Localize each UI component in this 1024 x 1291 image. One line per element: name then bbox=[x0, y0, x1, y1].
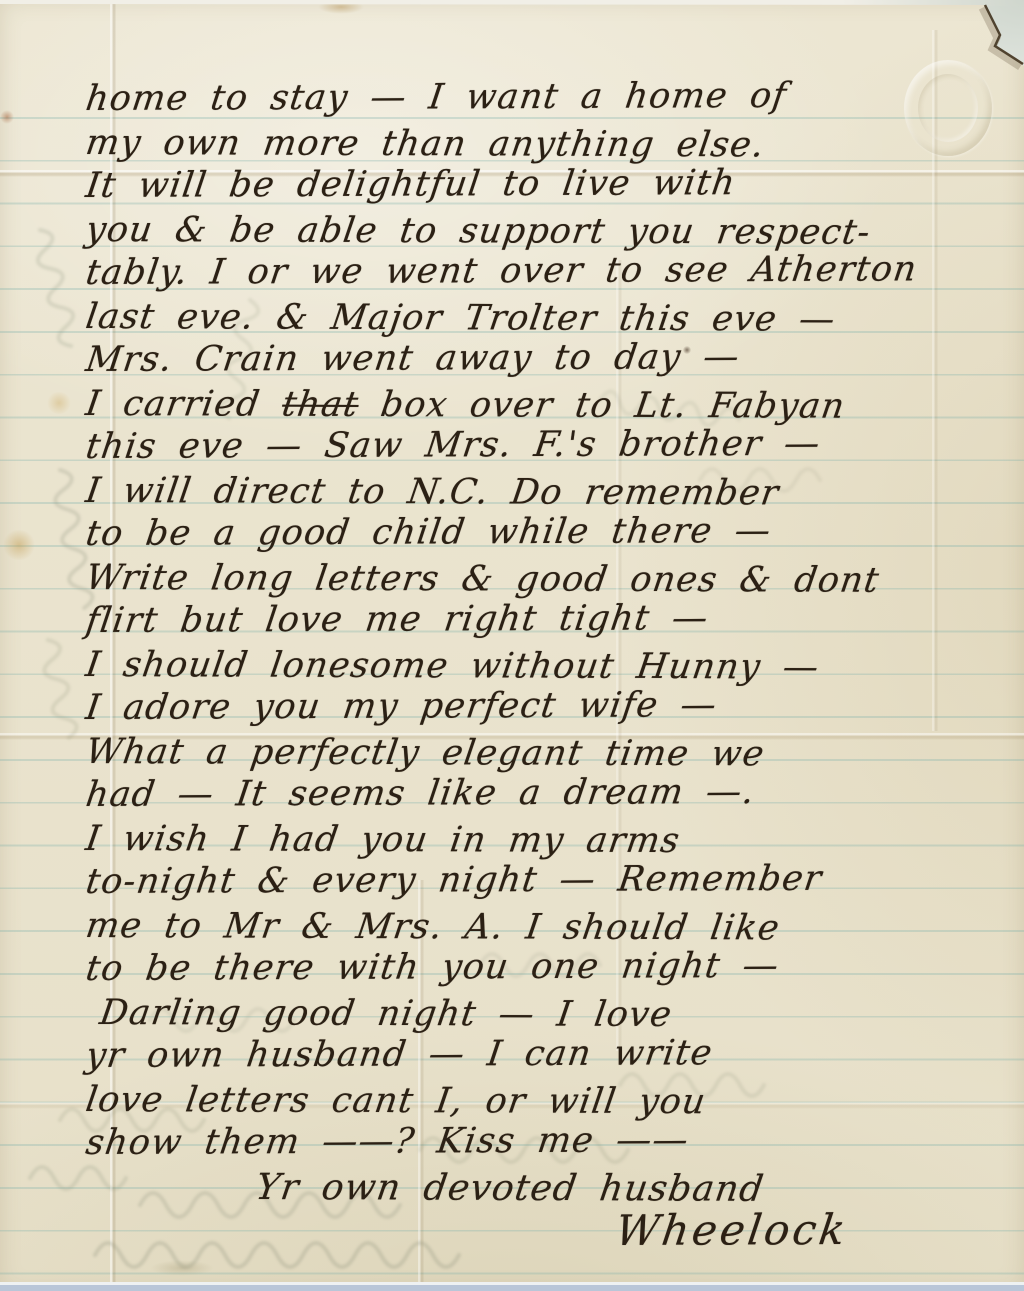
letter-line-text: home to stay — I want a home of bbox=[83, 76, 789, 119]
letter-line-text: to be there with you one night — bbox=[83, 946, 781, 989]
letter-line-text: I should lonesome without Hunny — bbox=[83, 645, 822, 688]
letter-line-text: love letters cant I, or will you bbox=[83, 1080, 709, 1122]
letter-line-text: yr own husband — I can write bbox=[83, 1033, 715, 1076]
letter-text: home to stay — I want a home of my own m… bbox=[0, 78, 1024, 1253]
letter-line-text: me to Mr & Mrs. A. I should like bbox=[83, 906, 782, 948]
letter-line-text: Write long letters & good ones & dont bbox=[83, 558, 882, 601]
letter-line-text: Darling good night — I love bbox=[97, 993, 675, 1035]
struck-word: that bbox=[279, 384, 361, 424]
letter-paper: home to stay — I want a home of my own m… bbox=[0, 0, 1024, 1291]
letter-line-text: I adore you my perfect wife — bbox=[83, 685, 719, 728]
letter-line-text: this eve — Saw Mrs. F.'s brother — bbox=[83, 424, 823, 467]
letter-line-text: my own more than anything else. bbox=[83, 123, 767, 165]
letter-line: to be there with you one night — bbox=[83, 944, 987, 991]
letter-line-text: It will be delightful to live with bbox=[83, 163, 738, 206]
letter-line-text: had — It seems like a dream —. bbox=[83, 772, 757, 815]
letter-line-text: flirt but love me right tight — bbox=[83, 598, 711, 641]
letter-line: I adore you my perfect wife — bbox=[83, 683, 987, 730]
letter-line-text: tably. I or we went over to see Atherton bbox=[83, 249, 920, 293]
letter-line: this eve — Saw Mrs. F.'s brother — bbox=[83, 422, 987, 469]
letter-line: to-night & every night — Remember bbox=[83, 857, 987, 904]
letter-line: Mrs. Crain went away to day — bbox=[83, 335, 987, 382]
letter-line-text: show them ——? Kiss me —— bbox=[83, 1120, 691, 1163]
letter-line-text: What a perfectly elegant time we bbox=[83, 732, 767, 774]
signature: Wheelock bbox=[613, 1207, 987, 1252]
letter-line: home to stay — I want a home of bbox=[83, 74, 987, 121]
letter-line-text: I wish I had you in my arms bbox=[83, 819, 683, 861]
letter-line: had — It seems like a dream —. bbox=[83, 770, 987, 817]
signature-text: Wheelock bbox=[613, 1205, 851, 1255]
letter-line-text: last eve. & Major Trolter this eve — bbox=[83, 297, 838, 340]
letter-line: tably. I or we went over to see Atherton bbox=[83, 248, 987, 295]
valediction-text: Yr own devoted husband bbox=[253, 1167, 767, 1210]
letter-line-text: Mrs. Crain went away to day — bbox=[83, 337, 742, 380]
letter-line-text: you & be able to support you respect- bbox=[83, 210, 873, 253]
letter-line-text: I will direct to N.C. Do remember bbox=[83, 471, 782, 513]
letter-line-text: I carried bbox=[83, 384, 285, 425]
letter-line: show them ——? Kiss me —— bbox=[83, 1118, 987, 1165]
letter-line: flirt but love me right tight — bbox=[83, 596, 987, 643]
letter-line-text: to be a good child while there — bbox=[83, 511, 774, 554]
letter-line-text: box over to Lt. Fabyan bbox=[356, 384, 848, 426]
scanned-letter-page: home to stay — I want a home of my own m… bbox=[0, 0, 1024, 1291]
letter-line: to be a good child while there — bbox=[83, 509, 987, 556]
letter-line: It will be delightful to live with bbox=[83, 161, 987, 208]
letter-line-text: to-night & every night — Remember bbox=[83, 859, 824, 902]
letter-line: yr own husband — I can write bbox=[83, 1031, 987, 1078]
valediction-line: Yr own devoted husband bbox=[253, 1166, 987, 1212]
